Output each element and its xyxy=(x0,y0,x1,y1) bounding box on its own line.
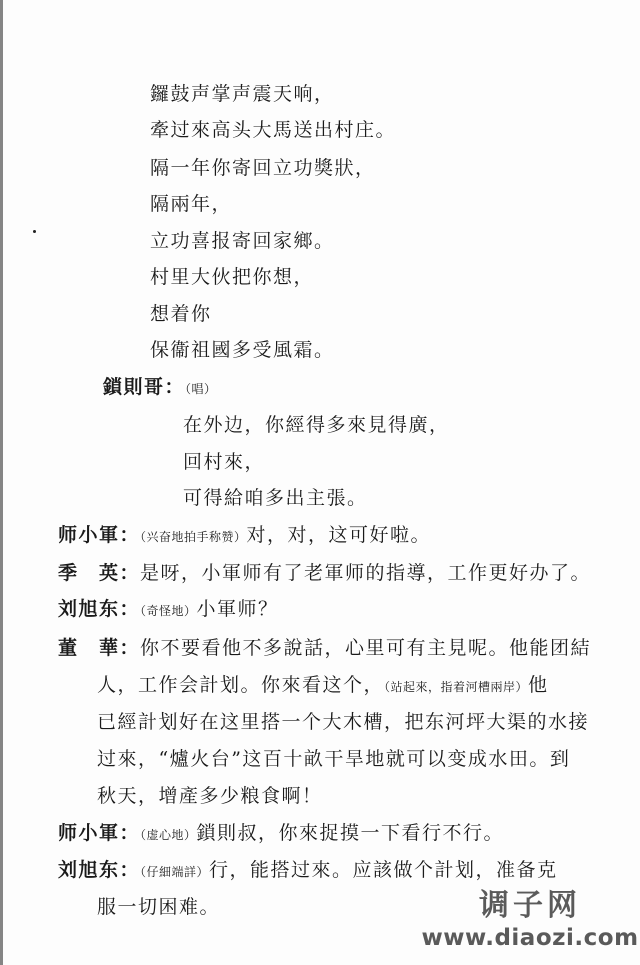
verse-line: 隔兩年， xyxy=(150,192,232,216)
song-line: 可得給咱多出主張。 xyxy=(183,486,368,510)
dialogue-line: 刘旭东：（仔細端詳）行，能搭过來。应該做个計划，准备克 xyxy=(58,858,558,884)
song-line: 回村來， xyxy=(183,450,265,474)
watermark-title: 调子网 xyxy=(420,888,640,924)
verse-line: 想着你 xyxy=(150,302,212,326)
dialogue-text: 鎖則叔，你來捉摸一下看行不行。 xyxy=(197,822,505,844)
song-speaker-line: 鎖則哥：（唱） xyxy=(103,375,217,401)
dialogue-continuation: 人，工作会計划。你來看这个，（站起來，指着河槽兩岸）他 xyxy=(97,673,549,699)
dialogue-text: 你不要看他不多說話，心里可有主見呢。他能团結 xyxy=(140,637,591,659)
stage-direction: （兴奋地拍手称赞） xyxy=(140,530,247,544)
stage-direction: （仔細端詳） xyxy=(140,865,209,879)
speaker-name: 刘旭东： xyxy=(58,598,140,620)
speaker-name: 师小軍： xyxy=(58,524,140,546)
song-line: 在外边，你經得多來見得廣， xyxy=(183,413,450,437)
page-edge-shadow xyxy=(0,0,3,965)
verse-line: 隔一年你寄回立功獎狀， xyxy=(150,156,376,180)
dialogue-text: 他 xyxy=(528,674,549,696)
dialogue-text: 行，能搭过來。应該做个計划，准备克 xyxy=(209,859,558,881)
verse-line: 保衞祖國多受風霜。 xyxy=(150,338,335,362)
dialogue-text: 人，工作会計划。你來看这个， xyxy=(97,674,384,696)
scanned-script-page: 鑼鼓声掌声震天响， 牽过來高头大馬送出村庄。 隔一年你寄回立功獎狀， 隔兩年， … xyxy=(0,0,640,965)
dialogue-continuation: 过來，“爐火台”这百十畝干旱地就可以变成水田。到 xyxy=(97,747,570,771)
verse-line: 牽过來高头大馬送出村庄。 xyxy=(150,118,396,142)
stage-direction: （唱） xyxy=(185,382,217,396)
verse-line: 鑼鼓声掌声震天响， xyxy=(150,82,335,106)
stage-direction: （奇怪地） xyxy=(140,604,197,618)
speaker-name: 董 華： xyxy=(58,637,140,659)
dialogue-continuation: 秋天，增產多少粮食啊！ xyxy=(97,784,323,808)
verse-line: 立功喜报寄回家鄉。 xyxy=(150,229,335,253)
speaker-name: 鎖則哥： xyxy=(103,376,185,398)
dialogue-continuation: 已經計划好在这里搭一个大木槽，把东河坪大渠的水接 xyxy=(97,710,589,734)
speaker-name: 季 英： xyxy=(58,562,140,584)
dialogue-text: 对，对，这可好啦。 xyxy=(247,524,432,546)
stage-direction: （站起來，指着河槽兩岸） xyxy=(384,680,528,694)
dialogue-line: 董 華：你不要看他不多說話，心里可有主見呢。他能团結 xyxy=(58,636,591,660)
dialogue-text: 是呀，小軍师有了老軍师的指導，工作更好办了。 xyxy=(140,562,591,584)
scan-speck xyxy=(33,230,36,233)
dialogue-line: 季 英：是呀，小軍师有了老軍师的指導，工作更好办了。 xyxy=(58,561,591,585)
speaker-name: 刘旭东： xyxy=(58,859,140,881)
stage-direction: （虚心地） xyxy=(140,828,197,842)
dialogue-line: 师小軍：（虚心地）鎖則叔，你來捉摸一下看行不行。 xyxy=(58,821,504,847)
site-watermark: 调子网 www.diaozi.com xyxy=(420,888,640,952)
speaker-name: 师小軍： xyxy=(58,822,140,844)
dialogue-line: 师小軍：（兴奋地拍手称赞）对，对，这可好啦。 xyxy=(58,523,431,549)
verse-line: 村里大伙把你想， xyxy=(150,265,314,289)
dialogue-continuation: 服一切困难。 xyxy=(97,895,220,919)
dialogue-text: 小軍师？ xyxy=(197,598,279,620)
watermark-url: www.diaozi.com xyxy=(420,924,640,952)
dialogue-line: 刘旭东：（奇怪地）小軍师？ xyxy=(58,597,279,623)
